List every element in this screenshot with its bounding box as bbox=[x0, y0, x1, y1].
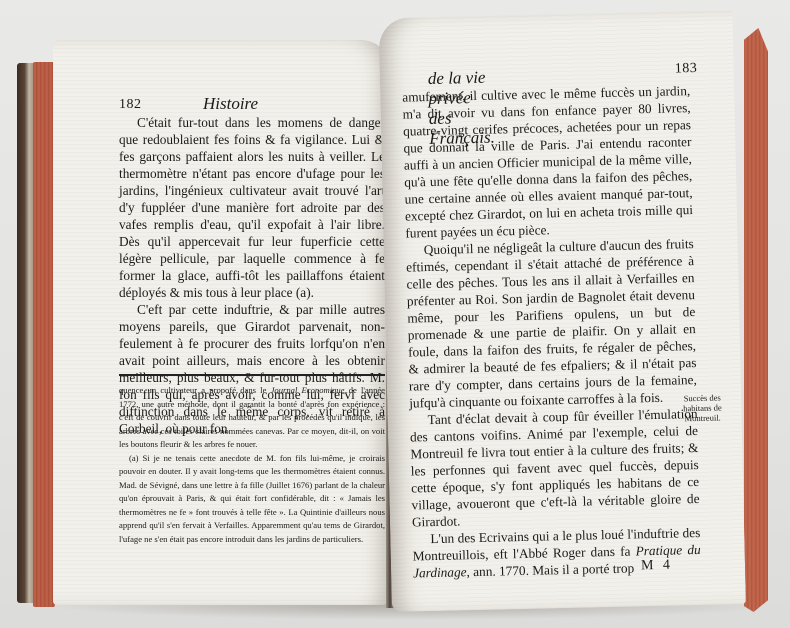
right-body-text: amufement, il cultive avec le même fuccè… bbox=[402, 82, 701, 581]
right-paragraph: Tant d'éclat devait à coup fûr éveiller … bbox=[409, 405, 700, 531]
marginal-note-line: Montreuil. bbox=[672, 412, 734, 423]
left-footnotes: quence un cultivateur a propofé dans le … bbox=[119, 384, 385, 546]
right-paragraph: amufement, il cultive avec le même fuccè… bbox=[402, 82, 693, 241]
left-page-number: 182 bbox=[119, 97, 142, 113]
right-paragraph: Quoiqu'il ne négligeât la culture d'aucu… bbox=[406, 235, 698, 411]
footnote-continuation: quence un cultivateur a propofé dans le … bbox=[119, 384, 385, 452]
left-paragraph: C'était fur-tout dans les momens de dang… bbox=[119, 114, 385, 301]
page-edges-left bbox=[33, 62, 55, 607]
left-running-head: Histoire bbox=[203, 94, 258, 114]
left-page: 182 Histoire C'était fur-tout dans les m… bbox=[53, 40, 391, 605]
signature-mark: M 4 bbox=[641, 558, 673, 575]
page-edges-right bbox=[744, 22, 768, 612]
marginal-note: Succès des habitans de Montreuil. bbox=[671, 392, 734, 423]
footnote-a: (a) Si je ne tenais cette anecdote de M.… bbox=[119, 452, 385, 547]
right-page-number: 183 bbox=[675, 61, 698, 78]
right-page: de la vie privée des Français. 183 amufe… bbox=[379, 10, 746, 612]
footnote-rule bbox=[119, 374, 385, 376]
